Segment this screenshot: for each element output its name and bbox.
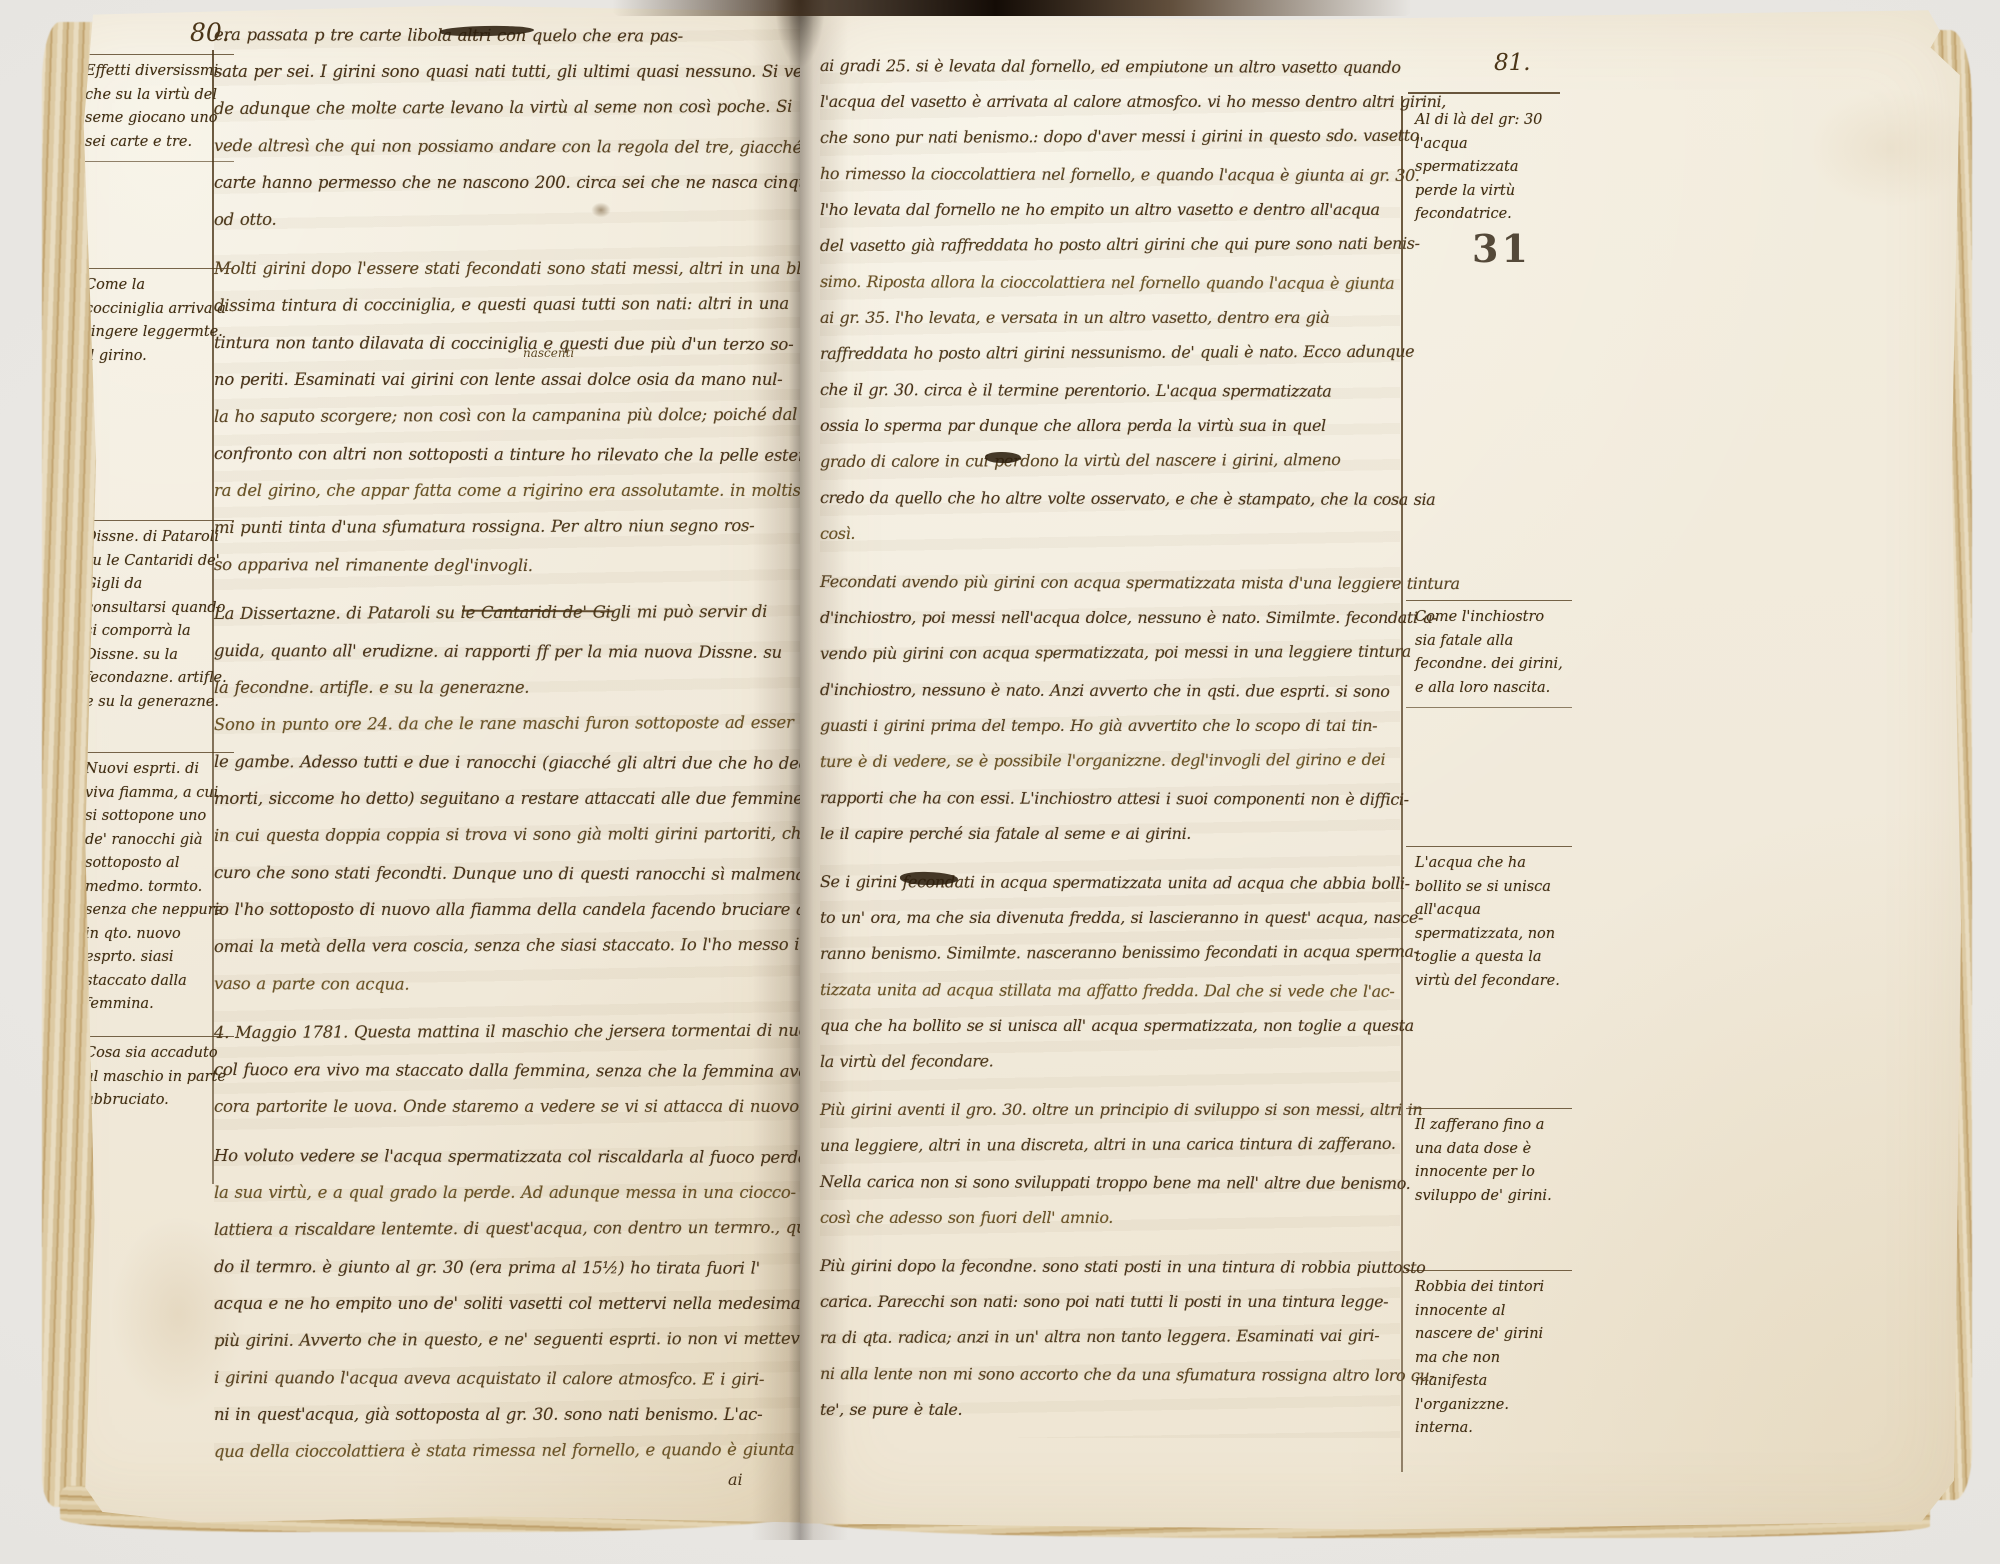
manuscript-line: acqua e ne ho empito uno de' soliti vase… (214, 1285, 806, 1322)
manuscript-line: del vasetto già raffreddata ho posto alt… (820, 226, 1402, 264)
margin-note-maschio-bruciato: Cosa sia accaduto al maschio in parte ab… (76, 1036, 234, 1120)
manuscript-line: ture è di vedere, se è possibile l'organ… (820, 742, 1402, 780)
manuscript-line (820, 850, 1402, 864)
manuscript-line: l'ho levata dal fornello ne ho empito un… (820, 192, 1402, 228)
manuscript-line: così. (820, 516, 1402, 552)
interline-note: nascenti (523, 346, 574, 360)
manuscript-line: era passata p tre carte libola altri con… (214, 16, 806, 55)
manuscript-line (214, 238, 806, 252)
margin-note-cocciniglia: Come la cocciniglia arriva a tingere leg… (76, 268, 234, 375)
manuscript-line: qua della cioccolattiera è stata rimessa… (214, 1431, 806, 1470)
manuscript-line: tintura non tanto dilavata di coccinigli… (214, 324, 806, 363)
margin-note-robbia: Robbia dei tintori innocente al nascere … (1406, 1270, 1572, 1448)
manuscript-line: raffreddata ho posto altri girini nessun… (820, 334, 1402, 372)
manuscript-line: ni in quest'acqua, già sottoposta al gr.… (214, 1396, 806, 1433)
manuscript-line: che sono pur nati benismo.: dopo d'aver … (820, 118, 1402, 156)
manuscript-line: dissima tintura di cocciniglia, e questi… (214, 285, 806, 324)
manuscript-line: rapporti che ha con essi. L'inchiostro a… (820, 780, 1402, 818)
manuscript-line: grado di calore in cui perdono la virtù … (820, 442, 1402, 480)
manuscript-line (214, 1123, 806, 1137)
manuscript-line: vaso a parte con acqua. (214, 965, 806, 1004)
manuscript-line: confronto con altri non sottoposti a tin… (214, 435, 806, 474)
manuscript-line: sata per sei. I girini sono quasi nati t… (214, 53, 806, 90)
manuscript-line: Fecondati avendo più girini con acqua sp… (820, 564, 1402, 602)
manuscript-line (820, 1080, 1402, 1094)
manuscript-line: carica. Parecchi son nati: sono poi nati… (820, 1284, 1402, 1320)
manuscript-line: una leggiere, altri in una discreta, alt… (820, 1126, 1402, 1164)
manuscript-line: guasti i girini prima del tempo. Ho già … (820, 708, 1402, 744)
margin-note-pataroli: Dissne. di Pataroli su le Cantaridi de' … (76, 520, 234, 721)
manuscript-line: d'inchiostro, nessuno è nato. Anzi avver… (820, 672, 1402, 710)
manuscript-line: ai gradi 25. si è levata dal fornello, e… (820, 48, 1402, 86)
catchword: ai (728, 1470, 743, 1489)
margin-note-effetti: Effetti diversissmi. che su la virtù del… (76, 54, 234, 162)
manuscript-line: do il termro. è giunto al gr. 30 (era pr… (214, 1248, 806, 1287)
manuscript-line (820, 550, 1402, 564)
manuscript-line: no periti. Esaminati vai girini con lent… (214, 361, 806, 398)
manuscript-line: ra del girino, che appar fatta come a ri… (214, 472, 806, 509)
manuscript-line: ossia lo sperma par dunque che allora pe… (820, 408, 1402, 444)
manuscript-line: 4. Maggio 1781. Questa mattina il maschi… (214, 1012, 806, 1051)
manuscript-line: la fecondne. artifle. e su la generazne. (214, 669, 806, 706)
margin-note-acqua-bollita: L'acqua che ha bollito se si unisca all'… (1406, 846, 1572, 1000)
manuscript-line: to un' ora, ma che sia divenuta fredda, … (820, 900, 1402, 936)
manuscript-line: qua che ha bollito se si unisca all' acq… (820, 1008, 1402, 1044)
photo-backdrop: 80. Effetti diversissmi. che su la virtù… (0, 0, 2000, 1564)
manuscript-line: le il capire perché sia fatale al seme e… (820, 816, 1402, 852)
manuscript-line: ranno benismo. Similmte. nasceranno beni… (820, 934, 1402, 972)
manuscript-line: Più girini aventi il gro. 30. oltre un p… (820, 1092, 1402, 1128)
manuscript-line: d'inchiostro, poi messi nell'acqua dolce… (820, 600, 1402, 636)
manuscript-line: carte hanno permesso che ne nascono 200.… (214, 164, 806, 201)
manuscript-line: vendo più girini con acqua spermatizzata… (820, 634, 1402, 672)
margin-note-grado-30: Al di là del gr: 30 l'acqua spermatizzat… (1406, 104, 1572, 234)
manuscript-line: Molti girini dopo l'essere stati feconda… (214, 250, 806, 287)
manuscript-line: Sono in punto ore 24. da che le rane mas… (214, 704, 806, 743)
manuscript-line: che il gr. 30. circa è il termine perent… (820, 372, 1402, 410)
manuscript-line: i girini quando l'acqua aveva acquistato… (214, 1359, 806, 1398)
manuscript-line: La Dissertazne. di Pataroli su le Cantar… (214, 593, 806, 632)
manuscript-line: curo che sono stati fecondti. Dunque uno… (214, 854, 806, 893)
manuscript-line: te', se pure è tale. (820, 1392, 1402, 1428)
manuscript-line: ra di qta. radica; anzi in un' altra non… (820, 1318, 1402, 1356)
ink-cancellation (985, 452, 1021, 463)
manuscript-line: ho rimesso la cioccolattiera nel fornell… (820, 156, 1402, 194)
manuscript-line: così che adesso son fuori dell' amnio. (820, 1200, 1402, 1236)
manuscript-line: la virtù del fecondare. (820, 1042, 1402, 1080)
manuscript-line: morti, siccome ho detto) seguitano a res… (214, 780, 806, 817)
manuscript-line: Nella carica non si sono sviluppati trop… (820, 1164, 1402, 1202)
right-main-text: ai gradi 25. si è levata dal fornello, e… (820, 48, 1402, 1428)
manuscript-line: simo. Riposta allora la cioccolattiera n… (820, 264, 1402, 302)
manuscript-line: mi punti tinta d'una sfumatura rossigna.… (214, 507, 806, 546)
manuscript-line: la sua virtù, e a qual grado la perde. A… (214, 1174, 806, 1211)
margin-note-zafferano: Il zafferano fino a una data dose è inno… (1406, 1108, 1572, 1215)
margin-note-fiamma: Nuovi esprti. di viva fiamma, a cui si s… (76, 752, 234, 1024)
manuscript-line: cora partorite le uova. Onde staremo a v… (214, 1088, 806, 1125)
manuscript-line: od otto. (214, 199, 806, 238)
right-page-number-handwritten: 81. (1494, 50, 1531, 76)
manuscript-line: in cui questa doppia coppia si trova vi … (214, 815, 806, 854)
manuscript-line: ai gr. 35. l'ho levata, e versata in un … (820, 300, 1402, 336)
manuscript-line: l'acqua del vasetto è arrivata al calore… (820, 84, 1402, 120)
left-page: 80. Effetti diversissmi. che su la virtù… (28, 4, 802, 1524)
manuscript-line: Ho voluto vedere se l'acqua spermatizzat… (214, 1137, 806, 1176)
manuscript-line: de adunque che molte carte levano la vir… (214, 88, 806, 127)
right-page: 81. 31 Al di là del gr: 30 l'acqua sperm… (800, 8, 1968, 1534)
manuscript-line: vede altresì che qui non possiamo andare… (214, 127, 806, 166)
manuscript-line (820, 1234, 1402, 1248)
left-main-text: era passata p tre carte libola altri con… (214, 16, 806, 1470)
manuscript-line: ni alla lente non mi sono accorto che da… (820, 1356, 1402, 1394)
manuscript-line: più girini. Avverto che in questo, e ne'… (214, 1320, 806, 1359)
manuscript-line: tizzata unita ad acqua stillata ma affat… (820, 972, 1402, 1010)
manuscript-line: guida, quanto all' erudizne. ai rapporti… (214, 632, 806, 671)
manuscript-line: le gambe. Adesso tutti e due i ranocchi … (214, 743, 806, 782)
manuscript-line: so appariva nel rimanente degl'invogli. (214, 546, 806, 585)
manuscript-line: credo da quello che ho altre volte osser… (820, 480, 1402, 518)
manuscript-line: Più girini dopo la fecondne. sono stati … (820, 1248, 1402, 1286)
manuscript-line: la ho saputo scorgere; non così con la c… (214, 396, 806, 435)
manuscript-line: col fuoco era vivo ma staccato dalla fem… (214, 1051, 806, 1090)
manuscript-line: omai la metà della vera coscia, senza ch… (214, 926, 806, 965)
manuscript-line: io l'ho sottoposto di nuovo alla fiamma … (214, 891, 806, 928)
manuscript-line: lattiera a riscaldare lentemte. di quest… (214, 1209, 806, 1248)
manuscript-line: Se i girini fecondati in acqua spermatiz… (820, 864, 1402, 902)
